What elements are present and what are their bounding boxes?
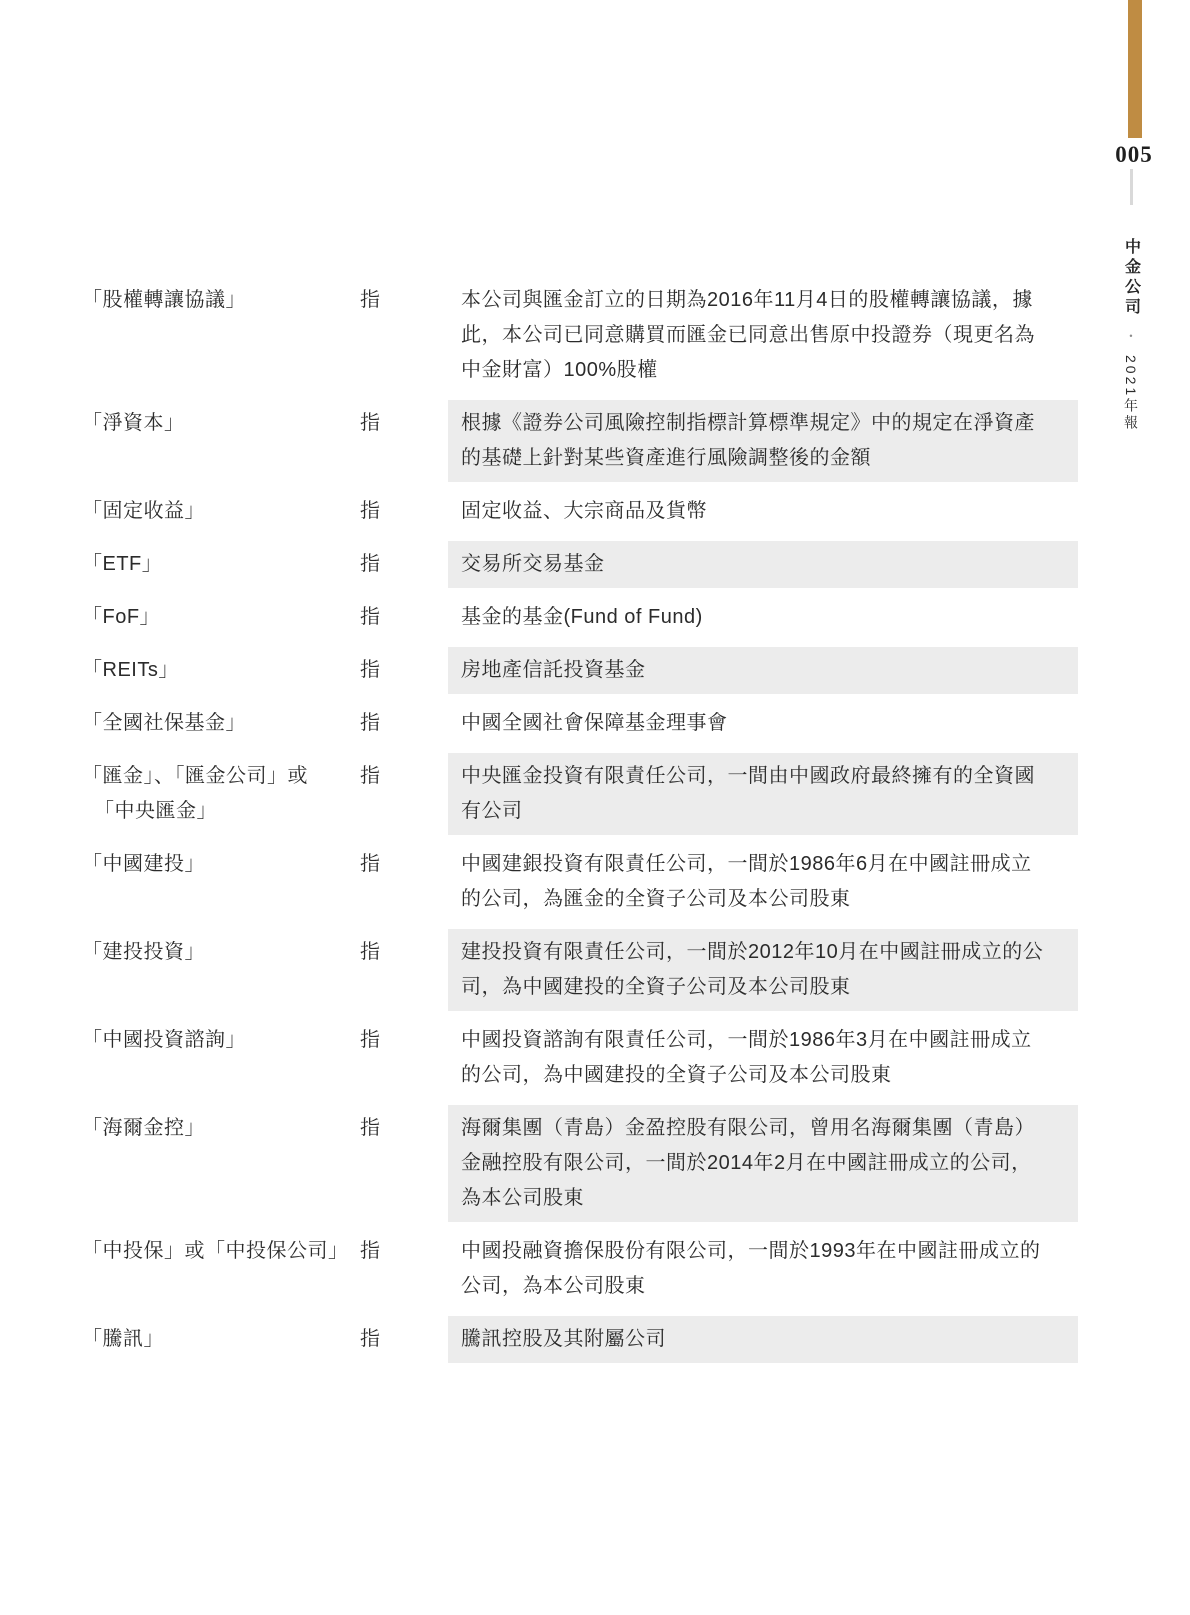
definition-cell: 中國投資諮詢有限責任公司，一間於1986年3月在中國註冊成立的公司，為中國建投的… [448,1017,1078,1099]
term-cell: 「全國社保基金」 [82,700,360,747]
definition-cell: 建投投資有限責任公司，一間於2012年10月在中國註冊成立的公司，為中國建投的全… [448,929,1078,1011]
glossary-row: 「建投投資」 指 建投投資有限責任公司，一間於2012年10月在中國註冊成立的公… [82,929,1078,1011]
term-cell: 「固定收益」 [82,488,360,535]
connector-cell: 指 [360,277,448,394]
definition-cell: 中國建銀投資有限責任公司，一間於1986年6月在中國註冊成立的公司，為匯金的全資… [448,841,1078,923]
connector-cell: 指 [360,929,448,1011]
page-number: 005 [1104,142,1164,168]
brand-company: 中金公司 [1120,238,1143,318]
sidebar-brand: 中金公司 • 2021年報 [1117,238,1145,432]
connector-cell: 指 [360,400,448,482]
term-cell: 「淨資本」 [82,400,360,482]
term-cell: 「建投投資」 [82,929,360,1011]
term-cell: 「中國投資諮詢」 [82,1017,360,1099]
connector-cell: 指 [360,1316,448,1363]
term-cell: 「中投保」或「中投保公司」 [82,1228,360,1310]
connector-cell: 指 [360,753,448,835]
brand-edition: 2021年報 [1121,355,1141,432]
definition-cell: 騰訊控股及其附屬公司 [448,1316,1078,1363]
glossary-row: 「中投保」或「中投保公司」 指 中國投融資擔保股份有限公司，一間於1993年在中… [82,1228,1078,1310]
definition-cell: 交易所交易基金 [448,541,1078,588]
glossary-row: 「海爾金控」 指 海爾集團（青島）金盈控股有限公司，曾用名海爾集團（青島）金融控… [82,1105,1078,1222]
connector-cell: 指 [360,647,448,694]
term-cell: 「騰訊」 [82,1316,360,1363]
definition-cell: 房地產信託投資基金 [448,647,1078,694]
glossary-row: 「騰訊」 指 騰訊控股及其附屬公司 [82,1316,1078,1363]
connector-cell: 指 [360,1017,448,1099]
glossary-row: 「股權轉讓協議」 指 本公司與匯金訂立的日期為2016年11月4日的股權轉讓協議… [82,277,1078,394]
glossary-row: 「中國建投」 指 中國建銀投資有限責任公司，一間於1986年6月在中國註冊成立的… [82,841,1078,923]
term-cell: 「ETF」 [82,541,360,588]
glossary-row: 「REITs」 指 房地產信託投資基金 [82,647,1078,694]
glossary-row: 「淨資本」 指 根據《證券公司風險控制指標計算標準規定》中的規定在淨資產的基礎上… [82,400,1078,482]
connector-cell: 指 [360,594,448,641]
connector-cell: 指 [360,700,448,747]
accent-bar [1128,0,1142,138]
glossary-row: 「FoF」 指 基金的基金(Fund of Fund) [82,594,1078,641]
glossary-row: 「ETF」 指 交易所交易基金 [82,541,1078,588]
connector-cell: 指 [360,1105,448,1222]
connector-cell: 指 [360,841,448,923]
glossary-row: 「中國投資諮詢」 指 中國投資諮詢有限責任公司，一間於1986年3月在中國註冊成… [82,1017,1078,1099]
glossary-row: 「匯金」、「匯金公司」或 「中央匯金」 指 中央匯金投資有限責任公司，一間由中國… [82,753,1078,835]
definition-cell: 固定收益、大宗商品及貨幣 [448,488,1078,535]
definition-cell: 中央匯金投資有限責任公司，一間由中國政府最終擁有的全資國有公司 [448,753,1078,835]
term-cell: 「REITs」 [82,647,360,694]
term-cell: 「股權轉讓協議」 [82,277,360,394]
glossary-row: 「固定收益」 指 固定收益、大宗商品及貨幣 [82,488,1078,535]
connector-cell: 指 [360,541,448,588]
term-cell: 「海爾金控」 [82,1105,360,1222]
divider-line [1130,169,1133,205]
bullet-icon: • [1129,332,1132,341]
term-cell: 「FoF」 [82,594,360,641]
definition-cell: 基金的基金(Fund of Fund) [448,594,1078,641]
definition-cell: 本公司與匯金訂立的日期為2016年11月4日的股權轉讓協議，據此，本公司已同意購… [448,277,1078,394]
definition-cell: 海爾集團（青島）金盈控股有限公司，曾用名海爾集團（青島）金融控股有限公司，一間於… [448,1105,1078,1222]
connector-cell: 指 [360,488,448,535]
glossary-row: 「全國社保基金」 指 中國全國社會保障基金理事會 [82,700,1078,747]
definition-cell: 中國全國社會保障基金理事會 [448,700,1078,747]
term-cell: 「匯金」、「匯金公司」或 「中央匯金」 [82,753,360,835]
term-cell: 「中國建投」 [82,841,360,923]
connector-cell: 指 [360,1228,448,1310]
glossary-section: 「股權轉讓協議」 指 本公司與匯金訂立的日期為2016年11月4日的股權轉讓協議… [82,277,1078,1369]
definition-cell: 中國投融資擔保股份有限公司，一間於1993年在中國註冊成立的公司，為本公司股東 [448,1228,1078,1310]
definition-cell: 根據《證券公司風險控制指標計算標準規定》中的規定在淨資產的基礎上針對某些資產進行… [448,400,1078,482]
